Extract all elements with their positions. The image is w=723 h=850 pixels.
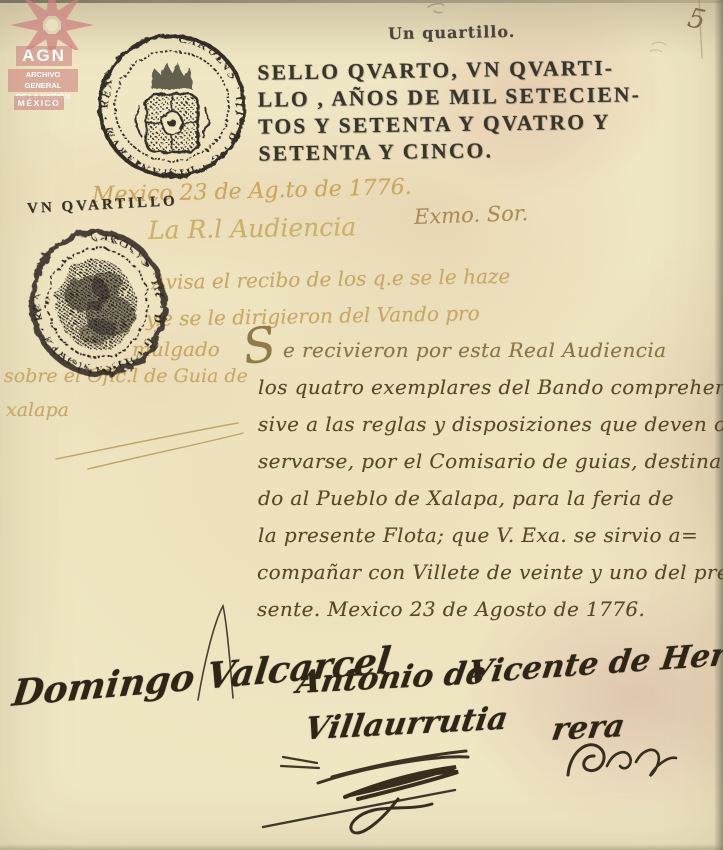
body-line: compañar con Villete de veinte y uno del… [257,560,723,584]
body-line: do al Pueblo de Xalapa, para la feria de [258,486,674,510]
herrera-rubric-loop1 [568,745,604,775]
document-page: AGN ARCHIVO GENERAL DE LA NACIÓN MÉXICO [0,0,723,850]
margin-flourish-lines [56,423,243,469]
agn-org-name: ARCHIVO GENERAL DE LA NACIÓN [8,69,78,92]
salutation: Exmo. Sor. [414,201,529,229]
faded-note-line: Avisa el recibo de los q.e se le haze [152,264,511,294]
body-line: sive a las reglas y disposiziones que de… [258,412,723,436]
oval-seal-art: CAROLVS · III · D · G · HISPANIARVM · RE… [21,222,176,385]
agn-acronym: AGN [16,46,72,66]
margin-note-line: xalapa [6,399,69,421]
body-line: e recivieron por esta Real Audiencia [283,338,666,362]
agn-country: MÉXICO [14,96,64,110]
royal-oval-seal: CAROLVS · III · D · G · HISPANIARVM · RE… [4,205,191,400]
page-bottom-edge [0,844,723,850]
body-line: los quatro exemplares del Bando comprehe… [258,375,723,399]
printed-line: TOS Y SETENTA Y QVATRO Y [258,108,642,140]
printed-line: SETENTA Y CINCO. [258,135,642,167]
printed-heading: SELLO QVARTO, VN QVARTI- LLO , AÑOS DE M… [257,54,642,167]
rubric-scribble [345,767,458,799]
signature-vicente-line1: Vicente de Her [466,637,723,691]
pencil-squiggle [650,42,666,52]
signature-antonio-line2: Villaurrutia [302,701,510,748]
body-line: la presente Flota; que V. Exa. se sirvio… [258,523,698,547]
crown-icon [152,62,192,84]
villaurrutia-underline [318,751,468,783]
folio-number: 5 [685,3,708,37]
royal-round-seal: CAROLVS · III · D · G · HISPANIARVM · RE… [90,26,255,186]
agn-org-line1: ARCHIVO GENERAL [8,69,78,91]
body-line: servarse, por el Comisario de guias, des… [258,449,723,473]
body-line: sente. Mexico 23 de Agosto de 1776. [257,597,645,621]
addressee-line: La R.l Audiencia [148,212,357,245]
top-smudge-mark [428,4,444,13]
round-seal-art: CAROLVS · III · D · G · HISPANIARVM · RE… [99,33,245,179]
signature-vicente-line2: rera [549,708,627,748]
rubric-curl [351,799,432,833]
rubric-diagonal-line [263,790,455,827]
denomination-label: Un quartillo. [388,22,516,43]
signature-lead-strokes [281,757,319,768]
herrera-rubric-loop2 [607,752,631,768]
herrera-rubric-loop3 [636,750,676,776]
faded-note-line: y.e se le dirigieron del Vando pro [146,301,480,331]
